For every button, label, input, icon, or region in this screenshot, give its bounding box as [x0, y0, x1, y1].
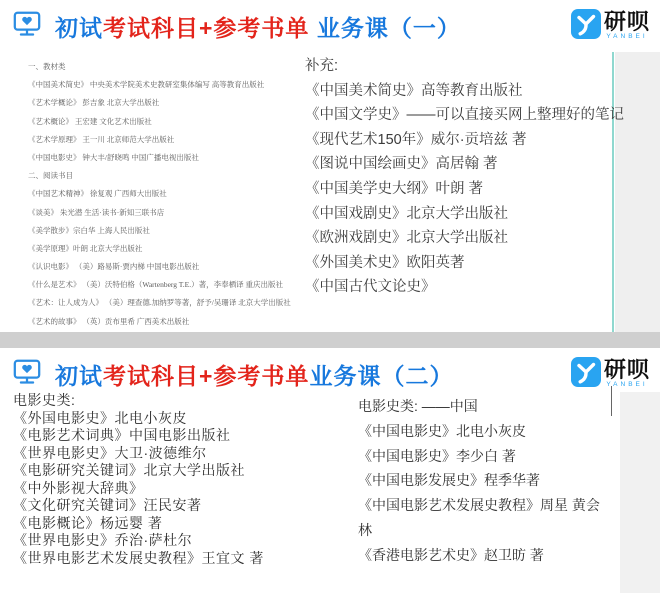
monitor-heart-icon	[12, 9, 42, 44]
book-item: 《现代艺术150年》威尔·贡培兹 著	[305, 128, 629, 153]
book-item: 《世界电影史》乔治·萨杜尔	[13, 532, 348, 550]
book-item: 《外国电影史》北电小灰皮	[13, 410, 348, 428]
supplement-title: 补充:	[305, 54, 629, 79]
book-item: 《中国电影史》李少白 著	[358, 444, 610, 469]
book-item: 一、教材类	[28, 58, 291, 76]
slide-business-course-1: 初试考试科目+参考书单 业务课（一） 研呗 YANBEI 一、教材类《中国美术简…	[0, 0, 660, 332]
title-part-subjects: 考试科目+参考书单	[103, 363, 309, 389]
slide1-content: 一、教材类《中国美术简史》 中央美术学院美术史教研室集体编写 高等教育出版社《艺…	[0, 52, 660, 332]
book-item: 《艺术概论》 王宏建 文化艺术出版社	[28, 113, 291, 131]
title-part-subjects: 考试科目+参考书单	[103, 15, 309, 41]
slide2-header: 初试考试科目+参考书单业务课（二） 研呗 YANBEI	[0, 348, 660, 395]
title-part-chushi: 初试	[55, 363, 103, 389]
slide2-border-tick	[611, 386, 612, 416]
book-item: 《什么是艺术》 （美）沃特伯格（Wartenberg T.E.）著，李奉栖译 重…	[28, 276, 291, 294]
book-item: 《世界电影艺术发展史教程》王宜文 著	[13, 550, 348, 568]
slide2-content: 电影史类: 《外国电影史》北电小灰皮《电影艺术词典》中国电影出版社《世界电影史》…	[0, 392, 660, 593]
book-item: 《中国戏剧史》北京大学出版社	[305, 202, 629, 227]
slide1-title: 初试考试科目+参考书单 业务课（一）	[55, 10, 461, 43]
book-item: 《世界电影史》大卫·波德维尔	[13, 445, 348, 463]
book-item: 《欧洲戏剧史》北京大学出版社	[305, 226, 629, 251]
yanbei-logo-cn: 研呗	[604, 11, 650, 33]
yanbei-logo: 研呗 YANBEI	[571, 9, 650, 44]
book-item: 《中国美术简史》 中央美术学院美术史教研室集体编写 高等教育出版社	[28, 76, 291, 94]
book-item: 《认识电影》 （美）路易斯·贾内梯 中国电影出版社	[28, 258, 291, 276]
film-history-column-china: 电影史类: ——中国 《中国电影史》北电小灰皮《中国电影史》李少白 著《中国电影…	[358, 394, 610, 568]
yanbei-logo-text: 研呗 YANBEI	[604, 11, 650, 41]
supplement-column: 补充: 《中国美术简史》高等教育出版社《中国文学史》——可以直接买网上整理好的笔…	[305, 54, 629, 300]
book-item: 《中外影视大辞典》	[13, 480, 348, 498]
book-item: 《中国艺术精神》 徐复观 广西师大出版社	[28, 185, 291, 203]
book-item: 《中国美术简史》高等教育出版社	[305, 79, 629, 104]
yanbei-logo-cn: 研呗	[604, 359, 650, 381]
column-title: 电影史类: ——中国	[358, 394, 610, 419]
book-item: 《中国电影史》 钟大丰/舒晓鸣 中国广播电视出版社	[28, 149, 291, 167]
china-film-history-list: 《中国电影史》北电小灰皮《中国电影史》李少白 著《中国电影发展史》程季华著《中国…	[358, 419, 610, 568]
book-item: 《中国电影史》北电小灰皮	[358, 419, 610, 444]
yanbei-logo-icon	[571, 9, 601, 44]
book-item: 《中国美学史大纲》叶朗 著	[305, 177, 629, 202]
book-item: 《中国电影发展史》程季华著	[358, 468, 610, 493]
slide2-right-margin	[620, 392, 660, 593]
textbook-reading-list: 一、教材类《中国美术简史》 中央美术学院美术史教研室集体编写 高等教育出版社《艺…	[28, 58, 291, 331]
book-item: 《文化研究关键词》汪民安著	[13, 497, 348, 515]
yanbei-logo-en: YANBEI	[606, 382, 647, 389]
book-item: 《谈美》 朱光潜 生活·读书·新知三联书店	[28, 204, 291, 222]
book-item: 《美学原理》叶朗 北京大学出版社	[28, 240, 291, 258]
column-title: 电影史类:	[13, 392, 348, 410]
yanbei-logo-en: YANBEI	[606, 34, 647, 41]
book-item: 《美学散步》宗白华 上海人民出版社	[28, 222, 291, 240]
yanbei-logo-icon	[571, 357, 601, 392]
book-item: 《艺术学概论》 彭吉象 北京大学出版社	[28, 94, 291, 112]
supplement-list: 《中国美术简史》高等教育出版社《中国文学史》——可以直接买网上整理好的笔记《现代…	[305, 79, 629, 300]
book-item: 《中国古代文论史》	[305, 275, 629, 300]
book-item: 《中国文学史》——可以直接买网上整理好的笔记	[305, 103, 629, 128]
book-item: 《艺术：让人成为人》 （美）理查德.加纳罗等著，舒予/吴珊译 北京大学出版社	[28, 294, 291, 312]
slide-business-course-2: 初试考试科目+参考书单业务课（二） 研呗 YANBEI 电影史类: 《外国电影史…	[0, 348, 660, 593]
book-item: 《电影艺术词典》中国电影出版社	[13, 427, 348, 445]
monitor-heart-icon	[12, 357, 42, 392]
section-divider	[0, 332, 660, 348]
film-history-list: 《外国电影史》北电小灰皮《电影艺术词典》中国电影出版社《世界电影史》大卫·波德维…	[13, 410, 348, 568]
book-item: 二、阅读书目	[28, 167, 291, 185]
slide1-header: 初试考试科目+参考书单 业务课（一） 研呗 YANBEI	[0, 0, 660, 47]
book-item: 《艺术学原理》 王一川 北京师范大学出版社	[28, 131, 291, 149]
book-item: 《电影研究关键词》北京大学出版社	[13, 462, 348, 480]
title-part-course: 业务课（二）	[309, 363, 453, 389]
yanbei-logo-text: 研呗 YANBEI	[604, 359, 650, 389]
slide2-title: 初试考试科目+参考书单业务课（二）	[55, 358, 453, 391]
book-item: 《外国美术史》欧阳英著	[305, 251, 629, 276]
title-part-course: 业务课（一）	[309, 15, 460, 41]
book-item: 《电影概论》杨远婴 著	[13, 515, 348, 533]
book-item: 《香港电影艺术史》赵卫昉 著	[358, 543, 610, 568]
book-item: 《中国电影艺术发展史教程》周星 黄会林	[358, 493, 610, 543]
film-history-column-general: 电影史类: 《外国电影史》北电小灰皮《电影艺术词典》中国电影出版社《世界电影史》…	[13, 392, 348, 567]
title-part-chushi: 初试	[55, 15, 103, 41]
book-item: 《图说中国绘画史》高居翰 著	[305, 152, 629, 177]
book-item: 《艺术的故事》 （英）贡布里希 广西美术出版社	[28, 313, 291, 331]
